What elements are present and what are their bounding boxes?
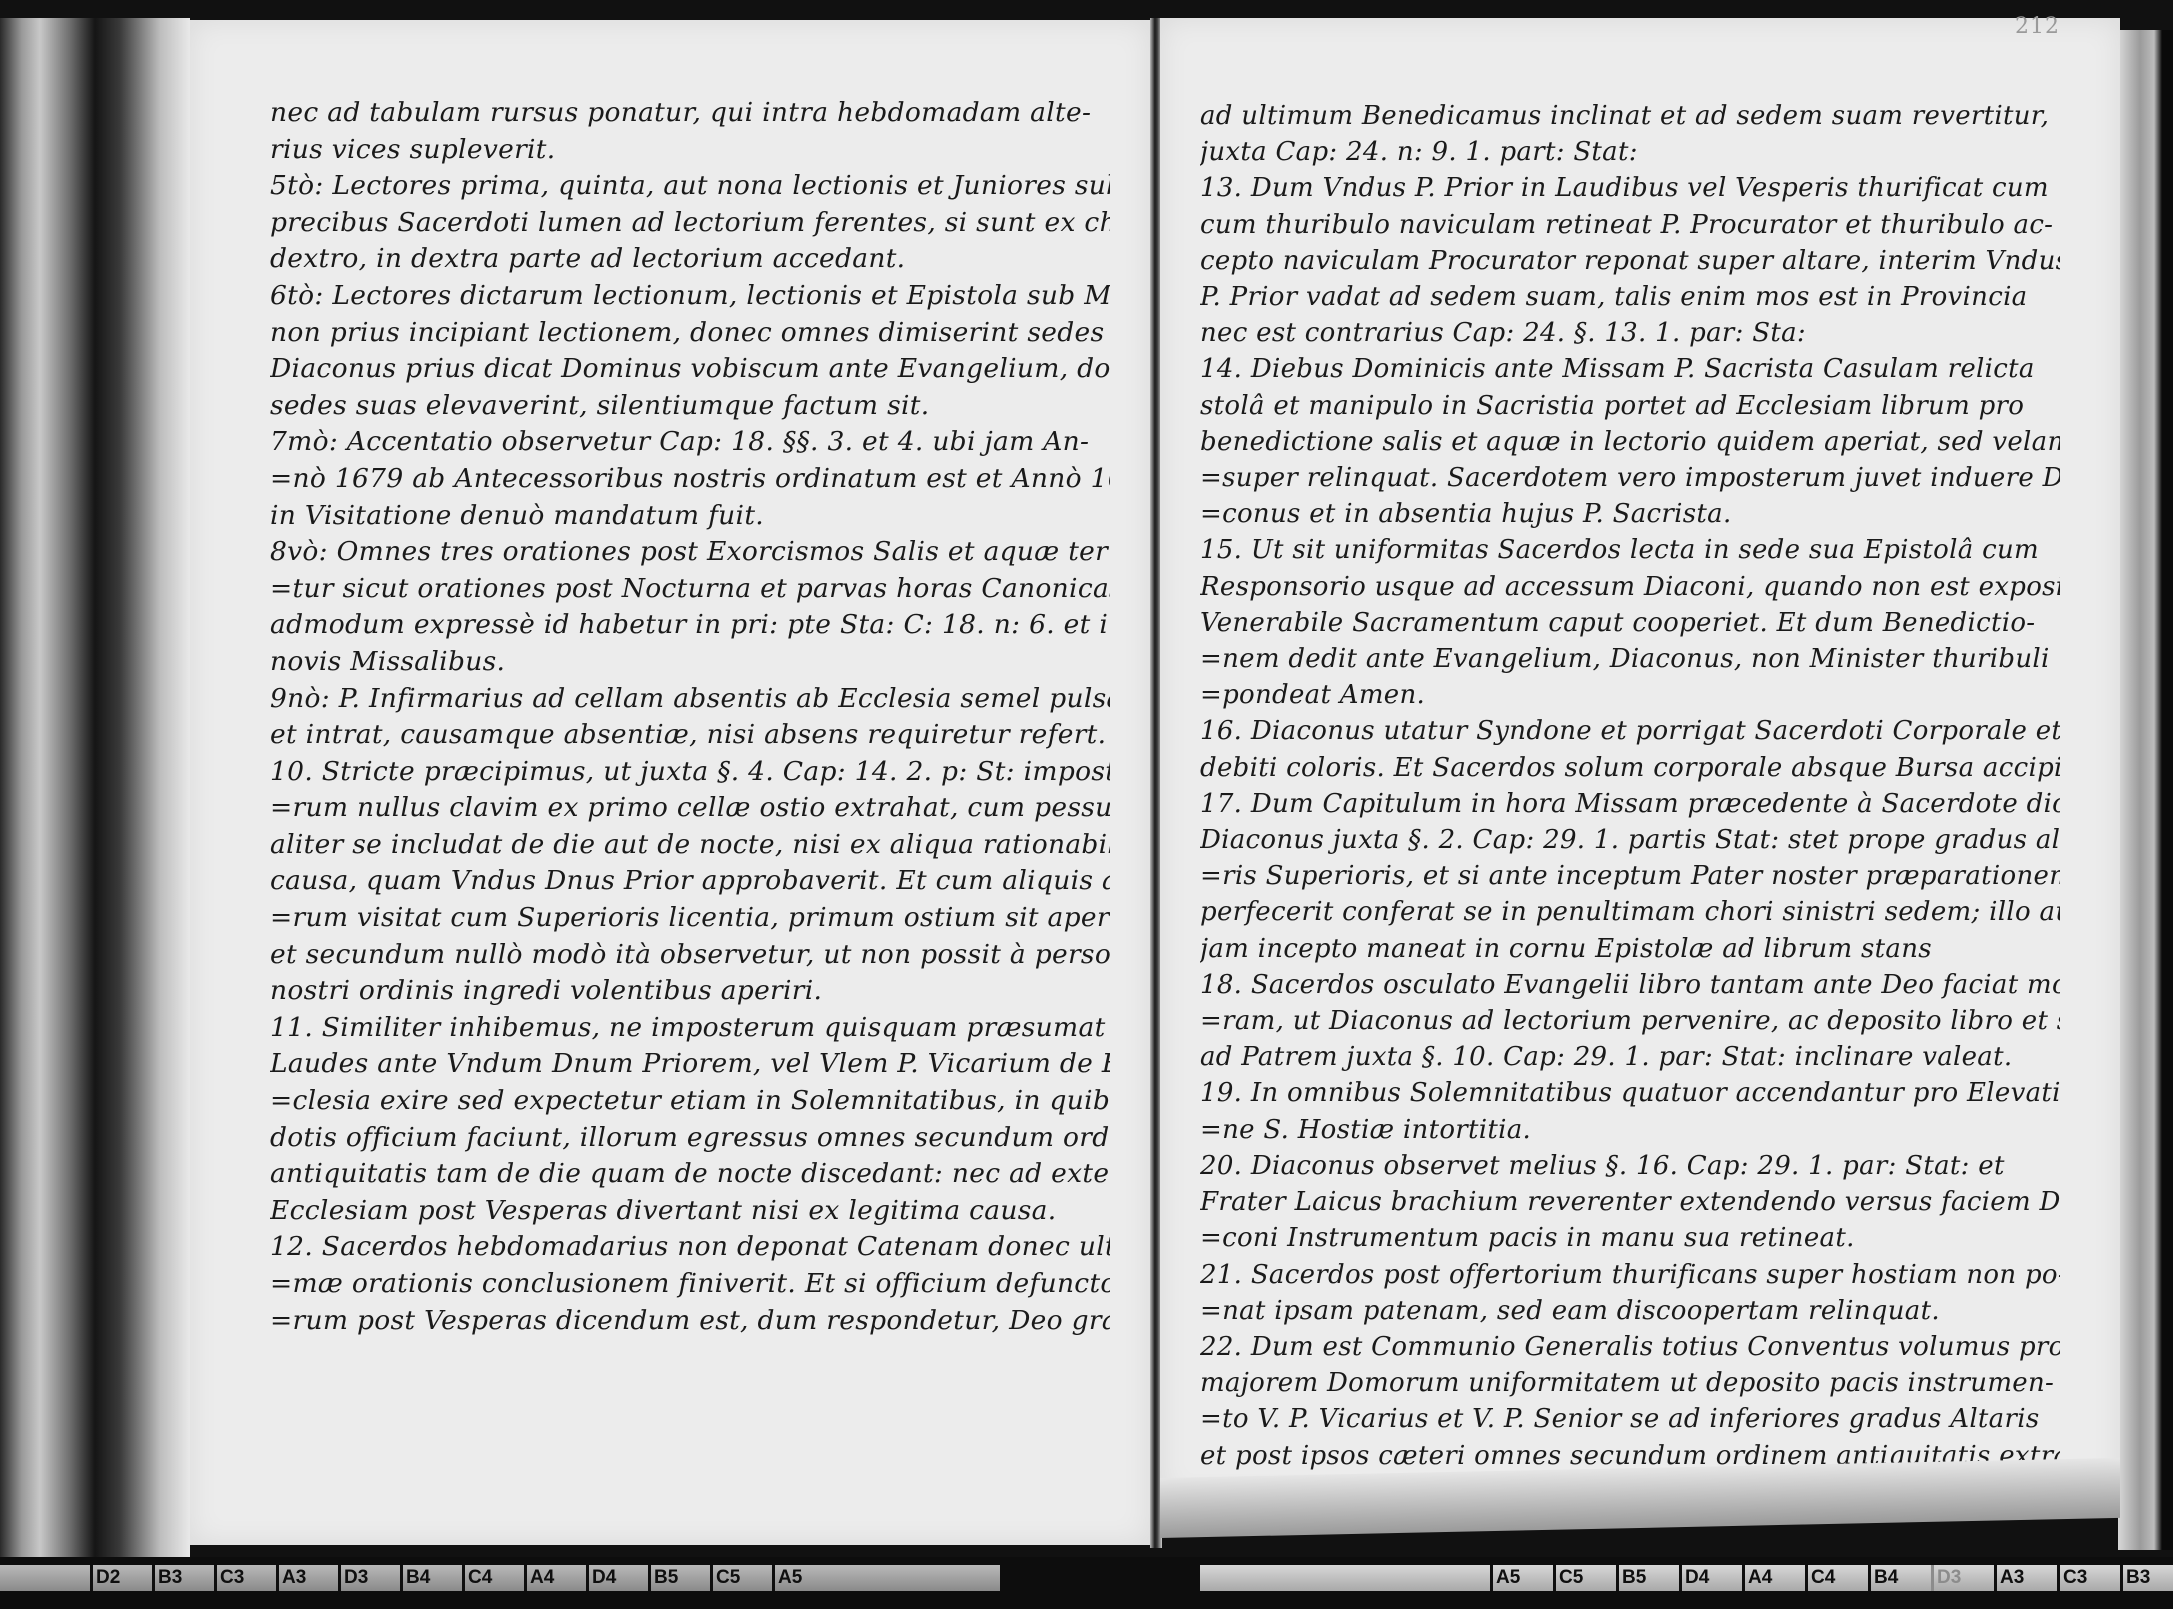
ruler-marker: D2 (90, 1565, 120, 1591)
ruler-marker: A3 (276, 1565, 306, 1591)
manuscript-line: =ne S. Hostiæ intortitia. (1200, 1112, 2060, 1148)
manuscript-line: 9nò: P. Infirmarius ad cellam absentis a… (270, 681, 1110, 718)
manuscript-line: =super relinquat. Sacerdotem vero impost… (1200, 460, 2060, 496)
ruler-marker: D4 (1679, 1565, 1709, 1591)
manuscript-line: ad Patrem juxta §. 10. Cap: 29. 1. par: … (1200, 1039, 2060, 1075)
ruler-marker: A4 (524, 1565, 554, 1591)
manuscript-line: 19. In omnibus Solemnitatibus quatuor ac… (1200, 1075, 2060, 1111)
microfilm-target-ruler: D2B3C3A3D3B4C4A4D4B5C5A5 A5C5B5D4A4C4B4D… (0, 1557, 2173, 1609)
manuscript-line: =ris Superioris, et si ante inceptum Pat… (1200, 858, 2060, 894)
manuscript-line: Responsorio usque ad accessum Diaconi, q… (1200, 569, 2060, 605)
manuscript-line: 6tò: Lectores dictarum lectionum, lectio… (270, 278, 1110, 315)
manuscript-line: precibus Sacerdoti lumen ad lectorium fe… (270, 205, 1110, 242)
ruler-marker: C4 (462, 1565, 492, 1591)
manuscript-line: causa, quam Vndus Dnus Prior approbaveri… (270, 863, 1110, 900)
manuscript-line: et secundum nullò modò ità observetur, u… (270, 937, 1110, 974)
manuscript-line: majorem Domorum uniformitatem ut deposit… (1200, 1365, 2060, 1401)
microfilm-scan: nec ad tabulam rursus ponatur, qui intra… (0, 0, 2173, 1609)
manuscript-line: ad ultimum Benedicamus inclinat et ad se… (1200, 98, 2060, 134)
manuscript-line: 16. Diaconus utatur Syndone et porrigat … (1200, 713, 2060, 749)
manuscript-line: dextro, in dextra parte ad lectorium acc… (270, 241, 1110, 278)
manuscript-line: benedictione salis et aquæ in lectorio q… (1200, 424, 2060, 460)
manuscript-line: Frater Laicus brachium reverenter extend… (1200, 1184, 2060, 1220)
ruler-marker: C3 (2057, 1565, 2087, 1591)
manuscript-line: 12. Sacerdos hebdomadarius non deponat C… (270, 1229, 1110, 1266)
manuscript-line: dotis officium faciunt, illorum egressus… (270, 1120, 1110, 1157)
left-page: nec ad tabulam rursus ponatur, qui intra… (190, 20, 1150, 1545)
manuscript-line: stolâ et manipulo in Sacristia portet ad… (1200, 388, 2060, 424)
manuscript-line: cum thuribulo naviculam retineat P. Proc… (1200, 207, 2060, 243)
manuscript-line: non prius incipiant lectionem, donec omn… (270, 315, 1110, 352)
ruler-marker: C3 (214, 1565, 244, 1591)
manuscript-line: sedes suas elevaverint, silentiumque fac… (270, 388, 1110, 425)
right-page: 212 ad ultimum Benedicamus inclinat et a… (1160, 18, 2120, 1498)
manuscript-line: 22. Dum est Communio Generalis totius Co… (1200, 1329, 2060, 1365)
manuscript-line: Venerabile Sacramentum caput cooperiet. … (1200, 605, 2060, 641)
ruler-marker: C5 (710, 1565, 740, 1591)
manuscript-line: aliter se includat de die aut de nocte, … (270, 827, 1110, 864)
manuscript-line: =tur sicut orationes post Nocturna et pa… (270, 571, 1110, 608)
manuscript-line: =coni Instrumentum pacis in manu sua ret… (1200, 1220, 2060, 1256)
manuscript-line: 21. Sacerdos post offertorium thurifican… (1200, 1257, 2060, 1293)
folio-number: 212 (2015, 14, 2060, 39)
manuscript-line: nec ad tabulam rursus ponatur, qui intra… (270, 95, 1110, 132)
ruler-marker: A3 (1994, 1565, 2024, 1591)
manuscript-line: 8vò: Omnes tres orationes post Exorcismo… (270, 534, 1110, 571)
ruler-marker: B5 (648, 1565, 678, 1591)
manuscript-line: =mæ orationis conclusionem finiverit. Et… (270, 1266, 1110, 1303)
manuscript-line: 17. Dum Capitulum in hora Missam præcede… (1200, 786, 2060, 822)
manuscript-line: in Visitatione denuò mandatum fuit. (270, 498, 1110, 535)
manuscript-line: 18. Sacerdos osculato Evangelii libro ta… (1200, 967, 2060, 1003)
manuscript-line: P. Prior vadat ad sedem suam, talis enim… (1200, 279, 2060, 315)
manuscript-line: =clesia exire sed expectetur etiam in So… (270, 1083, 1110, 1120)
ruler-marker: A5 (772, 1565, 802, 1591)
manuscript-line: cepto naviculam Procurator reponat super… (1200, 243, 2060, 279)
manuscript-line: =pondeat Amen. (1200, 677, 2060, 713)
ruler-marker: B3 (2120, 1565, 2150, 1591)
manuscript-line: jam incepto maneat in cornu Epistolæ ad … (1200, 931, 2060, 967)
left-page-edges (0, 18, 190, 1558)
ruler-marker: D3 (338, 1565, 368, 1591)
ruler-marker: D3 (1931, 1565, 1961, 1591)
ruler-marker: B3 (152, 1565, 182, 1591)
manuscript-line: admodum expressè id habetur in pri: pte … (270, 607, 1110, 644)
manuscript-line: antiquitatis tam de die quam de nocte di… (270, 1156, 1110, 1193)
manuscript-line: 5tò: Lectores prima, quinta, aut nona le… (270, 168, 1110, 205)
manuscript-line: 13. Dum Vndus P. Prior in Laudibus vel V… (1200, 170, 2060, 206)
manuscript-line: 11. Similiter inhibemus, ne imposterum q… (270, 1010, 1110, 1047)
manuscript-line: Diaconus prius dicat Dominus vobiscum an… (270, 351, 1110, 388)
manuscript-line: debiti coloris. Et Sacerdos solum corpor… (1200, 750, 2060, 786)
manuscript-line: Ecclesiam post Vesperas divertant nisi e… (270, 1193, 1110, 1230)
manuscript-line: juxta Cap: 24. n: 9. 1. part: Stat: (1200, 134, 2060, 170)
ruler-marker: C5 (1553, 1565, 1583, 1591)
manuscript-line: et post ipsos cæteri omnes secundum ordi… (1200, 1438, 2060, 1474)
manuscript-line: nostri ordinis ingredi volentibus aperir… (270, 973, 1110, 1010)
manuscript-line: rius vices supleverit. (270, 132, 1110, 169)
right-page-text: ad ultimum Benedicamus inclinat et ad se… (1200, 98, 2060, 1510)
manuscript-line: 14. Diebus Dominicis ante Missam P. Sacr… (1200, 351, 2060, 387)
manuscript-line: 20. Diaconus observet melius §. 16. Cap:… (1200, 1148, 2060, 1184)
manuscript-line: Laudes ante Vndum Dnum Priorem, vel Vlem… (270, 1046, 1110, 1083)
ruler-marker: A5 (1490, 1565, 1520, 1591)
manuscript-line: =to V. P. Vicarius et V. P. Senior se ad… (1200, 1401, 2060, 1437)
manuscript-line: stalla prosternant et idem semper observ… (1200, 1474, 2060, 1510)
manuscript-line: nec est contrarius Cap: 24. §. 13. 1. pa… (1200, 315, 2060, 351)
manuscript-line: novis Missalibus. (270, 644, 1110, 681)
manuscript-line: =nò 1679 ab Antecessoribus nostris ordin… (270, 461, 1110, 498)
manuscript-line: perfecerit conferat se in penultimam cho… (1200, 894, 2060, 930)
ruler-marker: B5 (1616, 1565, 1646, 1591)
right-page-edges (2118, 30, 2173, 1550)
ruler-marker: C4 (1805, 1565, 1835, 1591)
manuscript-line: et intrat, causamque absentiæ, nisi abse… (270, 717, 1110, 754)
ruler-marker: D4 (586, 1565, 616, 1591)
manuscript-line: =rum visitat cum Superioris licentia, pr… (270, 900, 1110, 937)
manuscript-line: 7mò: Accentatio observetur Cap: 18. §§. … (270, 424, 1110, 461)
ruler-marker: A4 (1742, 1565, 1772, 1591)
manuscript-line: =rum post Vesperas dicendum est, dum res… (270, 1303, 1110, 1340)
manuscript-line: =ram, ut Diaconus ad lectorium pervenire… (1200, 1003, 2060, 1039)
manuscript-line: =conus et in absentia hujus P. Sacrista. (1200, 496, 2060, 532)
left-page-text: nec ad tabulam rursus ponatur, qui intra… (270, 95, 1110, 1339)
ruler-marker: B4 (400, 1565, 430, 1591)
manuscript-line: =nem dedit ante Evangelium, Diaconus, no… (1200, 641, 2060, 677)
ruler-marker: B4 (1868, 1565, 1898, 1591)
manuscript-line: =rum nullus clavim ex primo cellæ ostio … (270, 790, 1110, 827)
ruler-strip-right: A5C5B5D4A4C4B4D3A3C3B3D2A (1200, 1565, 2173, 1591)
manuscript-line: =nat ipsam patenam, sed eam discoopertam… (1200, 1293, 2060, 1329)
manuscript-line: Diaconus juxta §. 2. Cap: 29. 1. partis … (1200, 822, 2060, 858)
ruler-strip-left: D2B3C3A3D3B4C4A4D4B5C5A5 (0, 1565, 1000, 1591)
manuscript-line: 15. Ut sit uniformitas Sacerdos lecta in… (1200, 532, 2060, 568)
manuscript-line: 10. Stricte præcipimus, ut juxta §. 4. C… (270, 754, 1110, 791)
